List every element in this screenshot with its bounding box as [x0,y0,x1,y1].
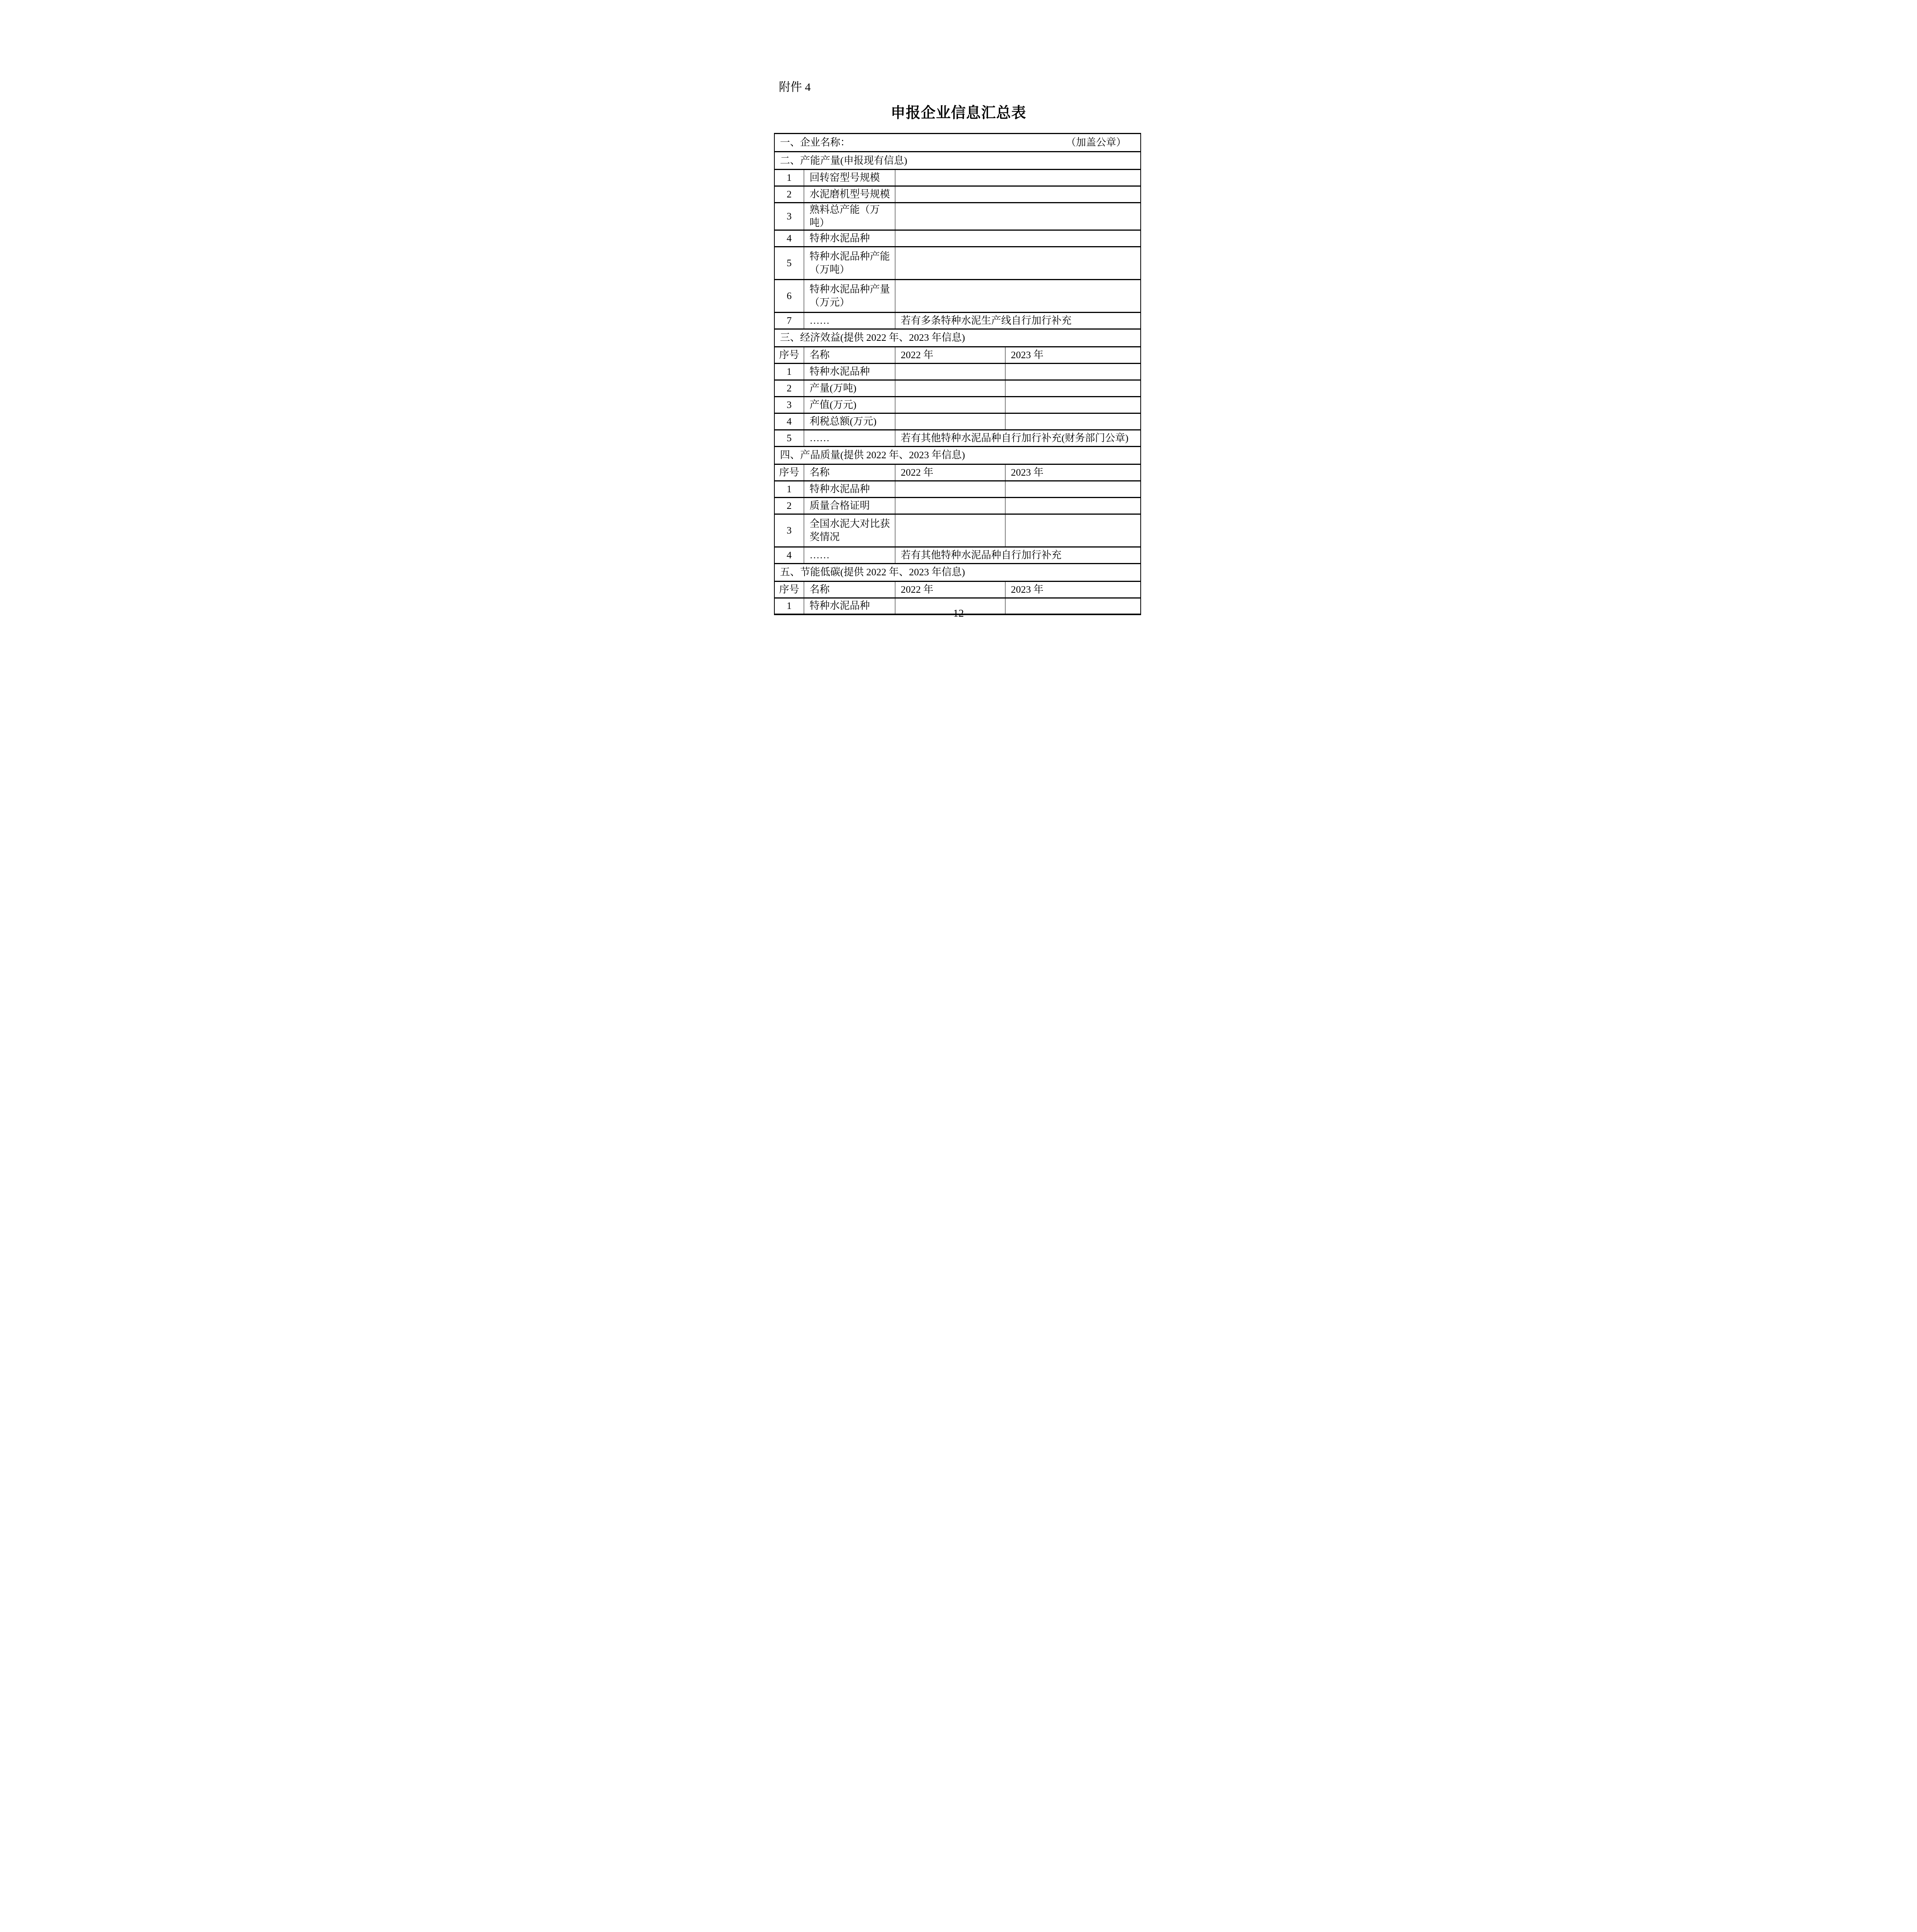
grid-header-row: 序号 名称 2022 年 2023 年 [774,347,1141,363]
section-3-header: 三、经济效益(提供 2022 年、2023 年信息) [774,329,1141,347]
value-2022-cell [895,413,1005,430]
row-number-cell: 4 [774,547,804,563]
table-row: 3 产值(万元) [774,396,1141,413]
section-5-header-row: 五、节能低碳(提供 2022 年、2023 年信息) [774,563,1141,581]
row-label-cell: 熟料总产能（万吨） [804,203,895,230]
row-number-cell: 2 [774,380,804,396]
section-2-header-row: 二、产能产量(申报现有信息) [774,152,1141,170]
grid-header-name: 名称 [804,464,895,481]
summary-table: 一、企业名称： （加盖公章） 二、产能产量(申报现有信息) 1 回转窑型号规模 … [774,133,1141,615]
row-number-cell: 2 [774,186,804,203]
table-row: 3 全国水泥大对比获奖情况 [774,514,1141,547]
row-label-cell: 回转窑型号规模 [804,170,895,186]
value-2022-cell [895,481,1005,497]
value-2023-cell [1005,363,1141,380]
row-number-cell: 1 [774,363,804,380]
grid-header-name: 名称 [804,581,895,598]
row-number-cell: 6 [774,279,804,312]
value-2022-cell [895,514,1005,547]
row-value-cell [895,186,1141,203]
row-value-cell [895,279,1141,312]
company-row: 一、企业名称： （加盖公章） [774,134,1141,152]
section-4-header: 四、产品质量(提供 2022 年、2023 年信息) [774,446,1141,464]
document-page: 附件 4 申报企业信息汇总表 一、企业名称： （加盖公章） 二、产能产量(申报现… [719,0,1198,678]
table-row: 5 …… 若有其他特种水泥品种自行加行补充(财务部门公章) [774,430,1141,446]
row-number-cell: 1 [774,170,804,186]
row-label-cell: 产值(万元) [804,396,895,413]
value-2022-cell [895,497,1005,514]
grid-header-row: 序号 名称 2022 年 2023 年 [774,581,1141,598]
value-2022-cell [895,396,1005,413]
company-name-label: 一、企业名称： [780,136,850,149]
page-number: - 12 - [719,607,1198,620]
row-note-cell: 若有多条特种水泥生产线自行加行补充 [895,312,1141,329]
row-number-cell: 7 [774,312,804,329]
section-4-header-row: 四、产品质量(提供 2022 年、2023 年信息) [774,446,1141,464]
row-number-cell: 4 [774,413,804,430]
table-row: 1 回转窑型号规模 [774,170,1141,186]
section-3-header-row: 三、经济效益(提供 2022 年、2023 年信息) [774,329,1141,347]
grid-header-2022: 2022 年 [895,347,1005,363]
row-label-cell: …… [804,312,895,329]
value-2023-cell [1005,497,1141,514]
row-value-cell [895,203,1141,230]
value-2022-cell [895,380,1005,396]
value-2022-cell [895,363,1005,380]
seal-note: （加盖公章） [1066,136,1126,149]
row-number-cell: 1 [774,481,804,497]
row-value-cell [895,230,1141,247]
table-row: 1 特种水泥品种 [774,363,1141,380]
row-number-cell: 3 [774,203,804,230]
grid-header-2022: 2022 年 [895,464,1005,481]
table-row: 4 特种水泥品种 [774,230,1141,247]
value-2023-cell [1005,481,1141,497]
value-2023-cell [1005,396,1141,413]
grid-header-2023: 2023 年 [1005,464,1141,481]
table-row: 2 质量合格证明 [774,497,1141,514]
table-row: 2 产量(万吨) [774,380,1141,396]
table-row: 3 熟料总产能（万吨） [774,203,1141,230]
row-label-cell: 产量(万吨) [804,380,895,396]
row-number-cell: 2 [774,497,804,514]
company-name-cell: 一、企业名称： （加盖公章） [774,134,1141,152]
table-row: 4 利税总额(万元) [774,413,1141,430]
row-number-cell: 3 [774,514,804,547]
row-label-cell: 水泥磨机型号规模 [804,186,895,203]
grid-header-2023: 2023 年 [1005,581,1141,598]
row-value-cell [895,170,1141,186]
row-number-cell: 5 [774,247,804,279]
page-title: 申报企业信息汇总表 [719,100,1198,122]
section-5-header: 五、节能低碳(提供 2022 年、2023 年信息) [774,563,1141,581]
row-label-cell: …… [804,430,895,446]
grid-header-no: 序号 [774,581,804,598]
row-label-cell: 特种水泥品种产量（万元） [804,279,895,312]
table-row: 2 水泥磨机型号规模 [774,186,1141,203]
row-label-cell: 特种水泥品种 [804,230,895,247]
table-row: 5 特种水泥品种产能（万吨） [774,247,1141,279]
value-2023-cell [1005,380,1141,396]
value-2023-cell [1005,413,1141,430]
row-note-cell: 若有其他特种水泥品种自行加行补充 [895,547,1141,563]
row-number-cell: 3 [774,396,804,413]
row-label-cell: 利税总额(万元) [804,413,895,430]
table-row: 4 …… 若有其他特种水泥品种自行加行补充 [774,547,1141,563]
row-label-cell: 特种水泥品种 [804,363,895,380]
value-2023-cell [1005,514,1141,547]
row-number-cell: 5 [774,430,804,446]
attachment-label: 附件 4 [779,77,811,94]
row-label-cell: 特种水泥品种 [804,481,895,497]
row-number-cell: 4 [774,230,804,247]
grid-header-2023: 2023 年 [1005,347,1141,363]
row-label-cell: …… [804,547,895,563]
row-label-cell: 特种水泥品种产能（万吨） [804,247,895,279]
row-value-cell [895,247,1141,279]
table-row: 7 …… 若有多条特种水泥生产线自行加行补充 [774,312,1141,329]
row-label-cell: 质量合格证明 [804,497,895,514]
grid-header-no: 序号 [774,347,804,363]
row-note-cell: 若有其他特种水泥品种自行加行补充(财务部门公章) [895,430,1141,446]
section-2-header: 二、产能产量(申报现有信息) [774,152,1141,170]
table-row: 1 特种水泥品种 [774,481,1141,497]
grid-header-name: 名称 [804,347,895,363]
grid-header-row: 序号 名称 2022 年 2023 年 [774,464,1141,481]
grid-header-no: 序号 [774,464,804,481]
row-label-cell: 全国水泥大对比获奖情况 [804,514,895,547]
grid-header-2022: 2022 年 [895,581,1005,598]
table-row: 6 特种水泥品种产量（万元） [774,279,1141,312]
